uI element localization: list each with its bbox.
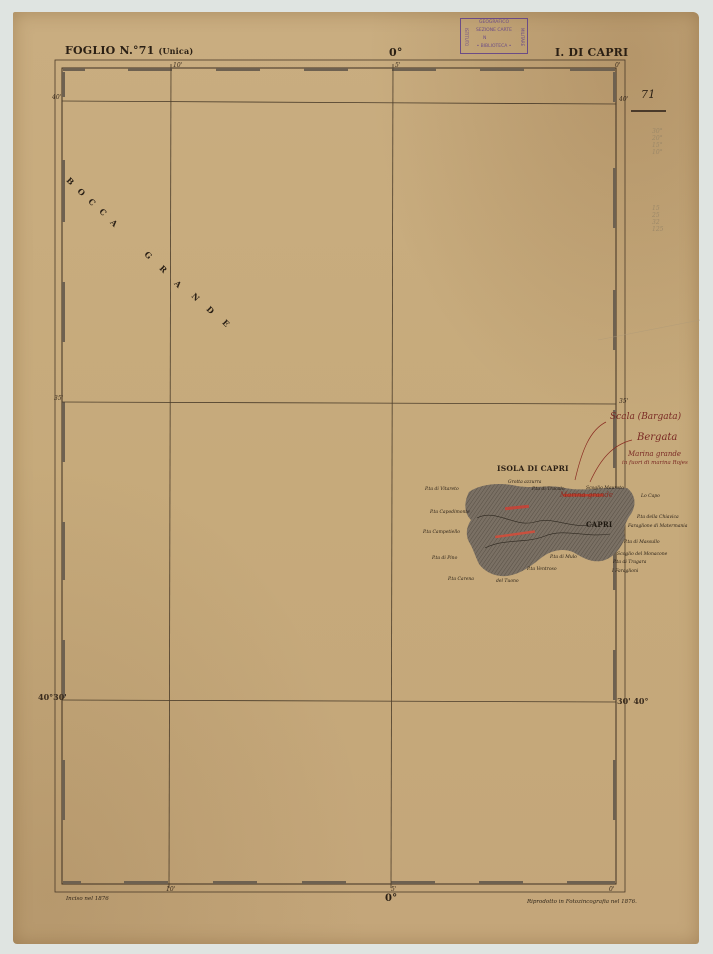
place-label: Faraglione di Matermania bbox=[628, 524, 687, 529]
right-tick-40: 40' bbox=[619, 96, 628, 103]
left-tick-40: 40' bbox=[52, 94, 61, 101]
place-label: P.ta Ventroso bbox=[527, 567, 557, 572]
top-tick-10: 10' bbox=[173, 62, 182, 69]
reproduction-note: Riprodotto in Fotozincografia nel 1876. bbox=[527, 899, 637, 905]
place-label: P.ta della Chiavica bbox=[637, 515, 679, 520]
pencil-note: 15 25 32 125 bbox=[652, 205, 663, 233]
handwritten-marina-label: Marina grande bbox=[560, 491, 613, 499]
place-label: Scoglio del Monacone bbox=[617, 552, 667, 557]
left-tick-40-30: 40°30' bbox=[38, 692, 67, 702]
engraving-note: Inciso nel 1876 bbox=[66, 896, 109, 902]
place-label: P.ta Capodimonte bbox=[430, 510, 470, 515]
town-capri: CAPRI bbox=[586, 520, 612, 529]
handwritten-note: Bergata bbox=[637, 432, 677, 443]
bottom-tick-0: 0' bbox=[609, 886, 614, 893]
island-name: ISOLA DI CAPRI bbox=[497, 464, 569, 473]
place-label: P.ta di Mulo bbox=[550, 555, 577, 560]
bottom-tick-10: 10' bbox=[166, 886, 175, 893]
place-label: P.ta di Vitareto bbox=[425, 487, 459, 492]
left-tick-35: 35' bbox=[54, 395, 63, 402]
place-label: P.ta Carena bbox=[448, 577, 474, 582]
place-label: P.ta di Pino bbox=[432, 556, 457, 561]
top-tick-5: 5' bbox=[395, 62, 400, 69]
place-label: P.ta Campetiello bbox=[423, 530, 460, 535]
place-label: P.ta di Tragara bbox=[613, 560, 646, 565]
handwritten-note: in fuori di marina Rojes bbox=[622, 460, 688, 466]
pencil-note: 30° 20° 15° 10° bbox=[652, 128, 663, 156]
footer-longitude: 0° bbox=[385, 893, 397, 904]
place-label: I Faraglioni bbox=[612, 569, 638, 574]
map-frame-grid bbox=[0, 0, 713, 954]
top-tick-0: 0' bbox=[615, 62, 620, 69]
place-label: Lo Capo bbox=[641, 494, 660, 499]
bottom-tick-5: 5' bbox=[391, 886, 396, 893]
right-tick-35: 35' bbox=[619, 398, 628, 405]
place-label: Grotta azzurra bbox=[508, 480, 542, 485]
place-label: del Tuono bbox=[496, 579, 519, 584]
right-tick-30-40: 30' 40° bbox=[617, 696, 649, 706]
handwritten-note: Marina grande bbox=[628, 450, 681, 458]
place-label: P.ta di Massullo bbox=[624, 540, 660, 545]
handwritten-note: Scala (Bargata) bbox=[610, 412, 681, 422]
